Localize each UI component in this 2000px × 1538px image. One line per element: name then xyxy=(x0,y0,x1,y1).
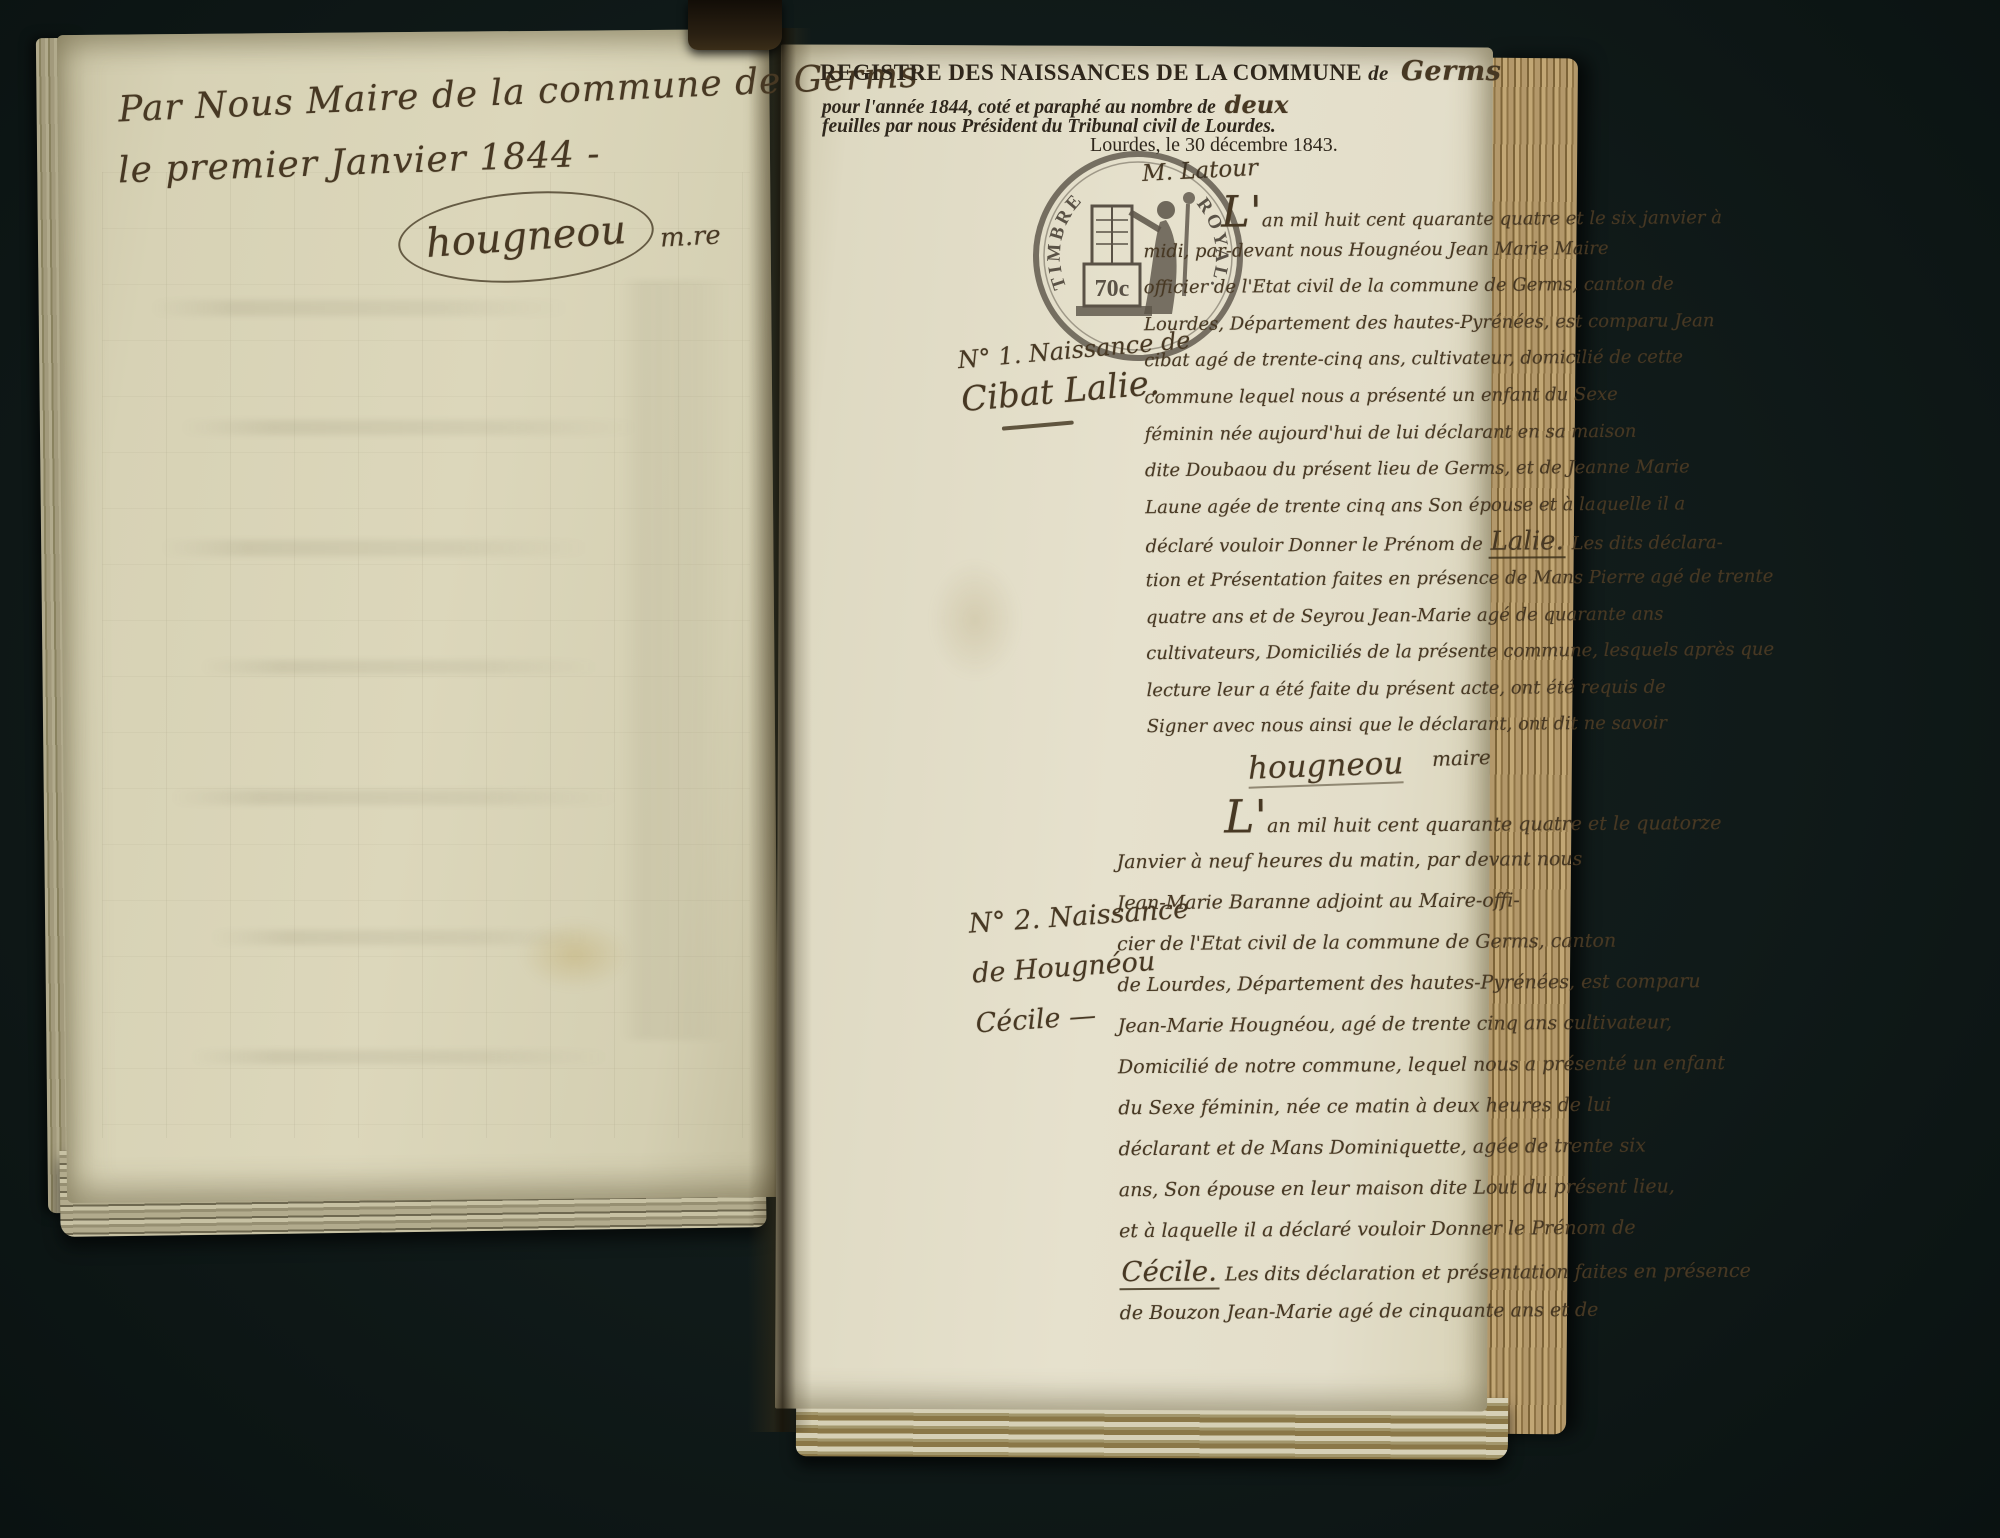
act1-line: L'an mil huit cent quarante quatre et le… xyxy=(1143,194,1771,235)
child-name-lalie: Lalie. xyxy=(1488,527,1566,560)
act1-name-pre: déclaré vouloir Donner le Prénom de xyxy=(1145,534,1488,557)
act2-line: de Lourdes, Département des hautes-Pyrén… xyxy=(1117,962,1749,1007)
act1-name-post: Les dits déclara- xyxy=(1566,533,1723,555)
act1-line: midi, par-devant nous Hougnéou Jean Mari… xyxy=(1143,230,1771,271)
act1-signature-title: maire xyxy=(1432,745,1491,771)
register-title-de: de xyxy=(1368,61,1389,85)
act2-line: et à laquelle il a déclaré vouloir Donne… xyxy=(1119,1208,1751,1253)
act1-line: lecture leur a été faite du présent acte… xyxy=(1146,670,1774,711)
left-page xyxy=(57,29,779,1203)
act1-line: féminin née aujourd'hui de lui déclarant… xyxy=(1145,413,1773,454)
register-title: REGISTRE DES NAISSANCES DE LA COMMUNE de… xyxy=(820,56,1501,87)
act1-line: cibat agé de trente-cinq ans, cultivateu… xyxy=(1144,340,1772,381)
act2-line: Jean-Marie Hougnéou, agé de trente cinq … xyxy=(1118,1003,1750,1048)
act1-line: Signer avec nous ainsi que le déclarant,… xyxy=(1147,706,1775,747)
sheet-count-insert: deux xyxy=(1225,90,1289,119)
book-gutter-shadow xyxy=(748,28,812,1432)
stamp-value: 70c xyxy=(1095,276,1130,302)
act1-line: commune lequel nous a présenté un enfant… xyxy=(1144,377,1772,418)
act2-line: L'an mil huit cent quarante quatre et le… xyxy=(1116,798,1748,843)
child-name-cecile: Cécile. xyxy=(1119,1256,1219,1291)
act1-line: cultivateurs, Domiciliés de la présente … xyxy=(1146,633,1774,674)
commune-name-insert: Germs xyxy=(1401,56,1501,87)
act2-line: Jean-Marie Baranne adjoint au Maire-offi… xyxy=(1117,880,1749,925)
maire-signature-title: m.re xyxy=(659,220,721,253)
act2-line: cier de l'Etat civil de la commune de Ge… xyxy=(1117,921,1749,966)
act2-line: de Bouzon Jean-Marie agé de cinquante an… xyxy=(1120,1290,1752,1335)
maire-signature: hougneou xyxy=(424,207,627,267)
binding-top xyxy=(688,0,782,50)
birth-act-2: L'an mil huit cent quarante quatre et le… xyxy=(1116,798,1751,1335)
act1-line: quatre ans et de Seyrou Jean-Marie agé d… xyxy=(1146,596,1774,637)
act1-signature: hougneou xyxy=(1247,745,1404,788)
act1-line: Laune agée de trente cinq ans Son épouse… xyxy=(1145,487,1773,528)
register-scan: Par Nous Maire de la commune de Germs le… xyxy=(0,0,2000,1538)
act1-line: dite Doubaou du présent lieu de Germs, e… xyxy=(1145,450,1773,491)
act2-name-post: Les dits déclaration et présentation fai… xyxy=(1219,1260,1751,1286)
act2-line: déclarant et de Mans Dominiquette, agée … xyxy=(1118,1126,1750,1171)
act2-line: ans, Son épouse en leur maison dite Lout… xyxy=(1119,1167,1751,1212)
act2-line-with-name: Cécile. Les dits déclaration et présenta… xyxy=(1119,1249,1751,1294)
register-subtitle-line2-text: pour l'année 1844, coté et paraphé au no… xyxy=(822,97,1216,118)
act1-line: officier de l'Etat civil de la commune d… xyxy=(1144,267,1772,308)
act2-line: Domicilié de notre commune, lequel nous … xyxy=(1118,1044,1750,1089)
act2-line: Janvier à neuf heures du matin, par deva… xyxy=(1116,839,1748,884)
register-title-text: REGISTRE DES NAISSANCES DE LA COMMUNE xyxy=(820,60,1362,85)
act2-line: du Sexe féminin, née ce matin à deux heu… xyxy=(1118,1085,1750,1130)
act1-line: tion et Présentation faites en présence … xyxy=(1146,560,1774,601)
act1-line: Lourdes, Département des hautes-Pyrénées… xyxy=(1144,304,1772,345)
register-subtitle-line2: pour l'année 1844, coté et paraphé au no… xyxy=(822,90,1288,119)
birth-act-1: L'an mil huit cent quarante quatre et le… xyxy=(1143,194,1775,747)
act1-line-with-name: déclaré vouloir Donner le Prénom de Lali… xyxy=(1145,523,1773,564)
